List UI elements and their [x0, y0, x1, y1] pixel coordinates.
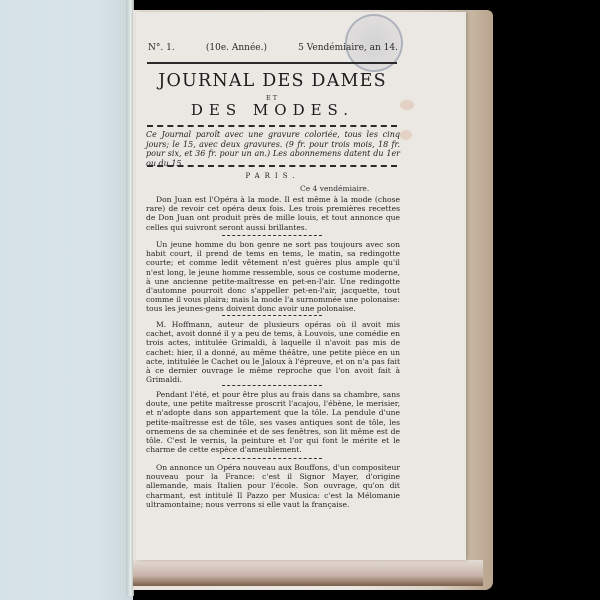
- article-paragraph: Pendant l'été, et pour être plus au frai…: [146, 390, 400, 454]
- masthead-title-line1: JOURNAL DES DAMES: [150, 71, 395, 91]
- article-separator: [222, 235, 322, 236]
- article-paragraph: M. Hoffmann, auteur de plusieurs opéras …: [146, 320, 400, 384]
- section-dateline: Ce 4 vendémiaire.: [300, 184, 369, 193]
- foxing-stain: [400, 130, 412, 140]
- issue-date: 5 Vendémiaire, an 14.: [298, 43, 398, 53]
- article-paragraph: Don Juan est l'Opéra à la mode. Il est m…: [146, 195, 400, 232]
- issue-number: N°. 1.: [148, 43, 175, 53]
- foxing-stain: [400, 100, 414, 110]
- header-rule: [147, 62, 397, 64]
- article-paragraph: Un jeune homme du bon genre ne sort pas …: [146, 240, 400, 314]
- masthead-rule: [147, 125, 397, 127]
- article-paragraph: On annonce un Opéra nouveau aux Bouffons…: [146, 463, 400, 509]
- year-label: (10e. Année.): [206, 43, 267, 53]
- issue-header: N°. 1. (10e. Année.) 5 Vendémiaire, an 1…: [148, 43, 398, 53]
- page-block-bottom: [133, 560, 483, 586]
- subscription-notice: Ce Journal paroît avec une gravure color…: [146, 130, 400, 168]
- notice-rule: [147, 165, 397, 167]
- book-cover-board: [0, 0, 133, 600]
- section-city: PARIS.: [150, 172, 395, 180]
- article-separator: [222, 458, 322, 459]
- masthead-title-line2: DES MODES.: [150, 101, 395, 119]
- article-separator: [222, 315, 322, 316]
- article-separator: [222, 385, 322, 386]
